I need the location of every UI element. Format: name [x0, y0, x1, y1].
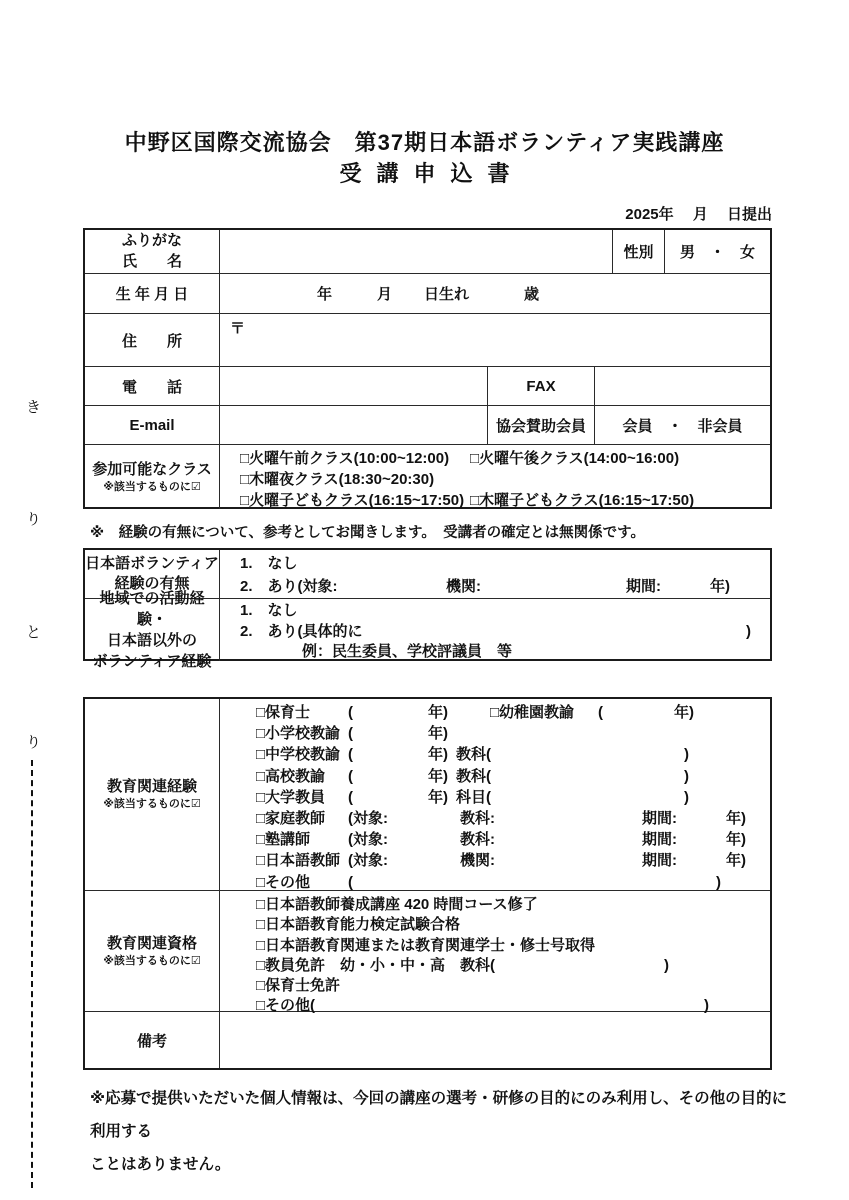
education-experience-label: 教育関連経験: [107, 777, 197, 797]
education-table: 教育関連経験 ※該当するものに☑ □保育士(年)□幼稚園教諭(年) □小学校教諭…: [83, 697, 772, 1070]
class-option-checkbox: □火曜午前クラス(10:00~12:00): [240, 448, 470, 469]
remarks-row: 備考: [85, 1012, 770, 1068]
class-option-checkbox: □木曜子どもクラス(16:15~17:50): [470, 492, 694, 509]
birthdate-row: 生 年 月 日 年 月 日生れ 歳: [85, 274, 770, 314]
class-check-note: ※該当するものに☑: [103, 480, 201, 494]
education-experience-row: 教育関連経験 ※該当するものに☑ □保育士(年)□幼稚園教諭(年) □小学校教諭…: [85, 699, 770, 891]
edu-line: □中学校教諭(年)教科(): [256, 744, 770, 765]
address-input-area: 〒: [220, 314, 770, 366]
remarks-label: 備考: [85, 1012, 220, 1068]
birthdate-label: 生 年 月 日: [85, 274, 220, 313]
check-note: ※該当するものに☑: [103, 797, 201, 811]
gender-label-cell: 性別: [613, 230, 665, 273]
name-label: 氏 名: [122, 252, 182, 272]
form-subtitle: 受講申込書: [0, 157, 849, 188]
class-option-line: □木曜夜クラス(18:30~20:30): [240, 469, 770, 490]
edu-line: □大学教員(年)科目(): [256, 787, 770, 808]
applicant-info-table: ふりがな 氏 名 性別 男 ・ 女 生 年 月 日 年 月 日生れ 歳: [83, 228, 772, 509]
education-qualification-label-cell: 教育関連資格 ※該当するものに☑: [85, 891, 220, 1011]
qual-line: □日本語教師養成講座 420 時間コース修了: [256, 895, 770, 915]
email-label: E-mail: [85, 406, 220, 444]
edu-line: □塾講師(対象:教科:期間:年): [256, 829, 770, 850]
qual-line: □日本語教育能力検定試験合格: [256, 915, 770, 935]
education-qualification-options: □日本語教師養成講座 420 時間コース修了 □日本語教育能力検定試験合格 □日…: [220, 891, 770, 1011]
page-title: 中野区国際交流協会 第37期日本語ボランティア実践講座: [0, 126, 849, 157]
class-option-checkbox: □火曜午後クラス(14:00~16:00): [470, 450, 679, 467]
class-option-checkbox: □木曜夜クラス(18:30~20:30): [240, 471, 434, 488]
remarks-input-area: [220, 1012, 770, 1068]
option-yes: 2. あり(対象:機関:期間:年): [240, 575, 770, 598]
phone-label: 電 話: [85, 367, 220, 405]
email-row: E-mail 協会賛助会員 会員 ・ 非会員: [85, 406, 770, 445]
experience-note: ※ 経験の有無について、参考としてお聞きします。 受講者の確定とは無関係です。: [90, 521, 645, 542]
phone-input-area: [220, 367, 488, 405]
cut-mark-ri1: り: [26, 508, 41, 529]
application-form-page: き り と り 中野区国際交流協会 第37期日本語ボランティア実践講座 受講申込…: [0, 0, 849, 1200]
class-options: □火曜午前クラス(10:00~12:00)□火曜午後クラス(14:00~16:0…: [220, 445, 770, 509]
cut-mark-ki: き: [26, 396, 41, 417]
example-note: 例：民生委員、学校評議員 等: [240, 642, 770, 663]
name-input-area: [220, 230, 613, 273]
privacy-note-line1: ※応募で提供いただいた個人情報は、今回の講座の選考・研修の目的にのみ利用し、その…: [90, 1082, 790, 1148]
organization-field-label: 機関:: [446, 575, 626, 598]
fax-input-area: [595, 367, 770, 405]
member-label: 協会賛助会員: [496, 415, 586, 436]
class-option-line: □火曜午前クラス(10:00~12:00)□火曜午後クラス(14:00~16:0…: [240, 448, 770, 469]
fax-label: FAX: [526, 378, 555, 395]
edu-line: □家庭教師(対象:教科:期間:年): [256, 808, 770, 829]
class-row: 参加可能なクラス ※該当するものに☑ □火曜午前クラス(10:00~12:00)…: [85, 445, 770, 509]
qual-line: □保育士免許: [256, 976, 770, 996]
name-row: ふりがな 氏 名 性別 男 ・ 女: [85, 230, 770, 274]
community-experience-row: 地域での活動経験・ 日本語以外の ボランティア経験 1. なし 2. あり(具体…: [85, 599, 770, 661]
address-label: 住 所: [85, 314, 220, 366]
edu-line: □日本語教師(対象:機関:期間:年): [256, 850, 770, 871]
gender-choice: 男 ・ 女: [665, 230, 770, 273]
education-experience-label-cell: 教育関連経験 ※該当するものに☑: [85, 699, 220, 890]
qual-line: □日本語教育関連または教育関連学士・修士号取得: [256, 936, 770, 956]
class-option-line: □火曜子どもクラス(16:15~17:50)□木曜子どもクラス(16:15~17…: [240, 490, 770, 511]
birth-day-label: 日生れ: [424, 283, 469, 304]
period-field-label: 期間:: [626, 575, 710, 598]
submission-date: 2025年 月 日提出: [83, 203, 772, 224]
class-label-cell: 参加可能なクラス ※該当するものに☑: [85, 445, 220, 509]
experience-table: 日本語ボランティア 経験の有無 1. なし 2. あり(対象:機関:期間:年) …: [83, 548, 772, 661]
volunteer-experience-options: 1. なし 2. あり(対象:機関:期間:年): [220, 550, 770, 598]
email-input-area: [220, 406, 488, 444]
furigana-label: ふりがな: [122, 231, 182, 251]
community-experience-options: 1. なし 2. あり(具体的に) 例：民生委員、学校評議員 等: [220, 599, 770, 661]
edu-line: □保育士(年)□幼稚園教諭(年): [256, 702, 770, 723]
birthdate-input-area: 年 月 日生れ 歳: [220, 274, 770, 313]
privacy-note-line2: ことはありません。: [90, 1148, 790, 1181]
name-label-cell: ふりがな 氏 名: [85, 230, 220, 273]
qual-line: □教員免許 幼・小・中・高 教科(): [256, 956, 770, 976]
phone-row: 電 話 FAX: [85, 367, 770, 406]
option-none: 1. なし: [240, 601, 770, 622]
fax-label-cell: FAX: [488, 367, 595, 405]
check-note: ※該当するものに☑: [103, 954, 201, 968]
edu-line: □その他(): [256, 872, 770, 893]
class-option-checkbox: □火曜子どもクラス(16:15~17:50): [240, 490, 470, 511]
class-label: 参加可能なクラス: [92, 460, 212, 480]
birth-year-label: 年: [317, 283, 332, 304]
address-row: 住 所 〒: [85, 314, 770, 367]
option-yes: 2. あり(具体的に): [240, 622, 770, 643]
edu-line: □小学校教諭(年): [256, 723, 770, 744]
education-experience-options: □保育士(年)□幼稚園教諭(年) □小学校教諭(年) □中学校教諭(年)教科()…: [220, 699, 770, 890]
member-choice: 会員 ・ 非会員: [595, 406, 770, 444]
community-experience-label: 地域での活動経験・ 日本語以外の ボランティア経験: [85, 599, 220, 661]
birth-age-label: 歳: [524, 283, 539, 304]
cut-dashed-line: [31, 760, 33, 1188]
option-none: 1. なし: [240, 552, 770, 575]
member-label-cell: 協会賛助会員: [488, 406, 595, 444]
birth-month-label: 月: [377, 283, 392, 304]
education-qualification-row: 教育関連資格 ※該当するものに☑ □日本語教師養成講座 420 時間コース修了 …: [85, 891, 770, 1012]
privacy-note: ※応募で提供いただいた個人情報は、今回の講座の選考・研修の目的にのみ利用し、その…: [90, 1082, 790, 1181]
postal-mark: 〒: [230, 317, 245, 338]
cut-mark-to: と: [26, 621, 41, 642]
education-qualification-label: 教育関連資格: [107, 934, 197, 954]
cut-mark-ri2: り: [26, 731, 41, 752]
edu-line: □高校教諭(年)教科(): [256, 766, 770, 787]
